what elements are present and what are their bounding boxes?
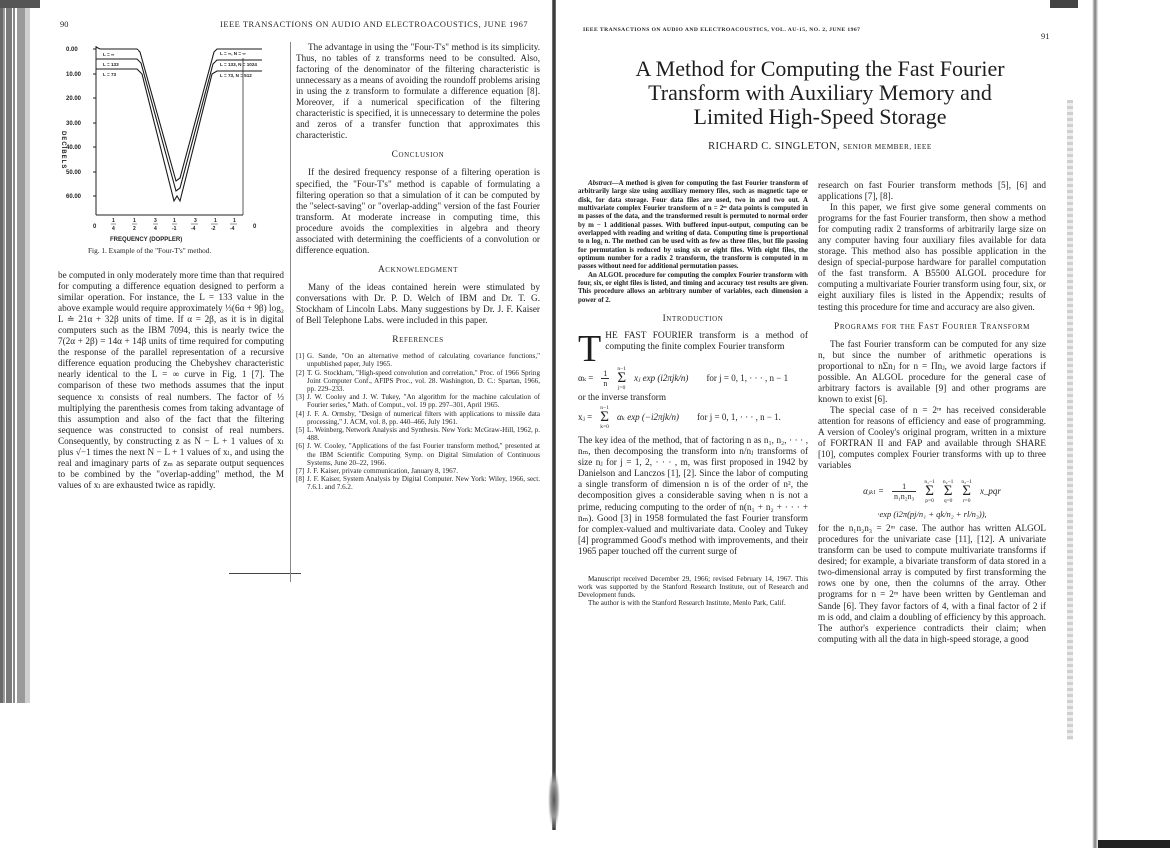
svg-text:0.00: 0.00	[66, 47, 78, 53]
reference-item: [3]J. W. Cooley and J. W. Tukey, "An alg…	[296, 393, 540, 409]
section-heading-introduction: Introduction	[578, 314, 808, 325]
svg-text:4: 4	[154, 226, 157, 232]
left-col1-text: be computed in only moderately more time…	[58, 270, 284, 491]
paragraph: be computed in only moderately more time…	[58, 270, 284, 491]
svg-text:-4: -4	[230, 226, 235, 232]
scan-binding-edge-left	[0, 0, 30, 703]
svg-text:1: 1	[112, 218, 115, 224]
y-axis-ticks: 0.00 10.00 20.00 30.00 40.00 50.00 60.00	[66, 47, 96, 200]
svg-text:50.00: 50.00	[66, 170, 82, 176]
svg-text:2: 2	[133, 226, 136, 232]
scan-artifact	[548, 770, 560, 830]
footnote: Manuscript received December 29, 1966; r…	[578, 575, 808, 608]
svg-text:L = ∞, N = ∞: L = ∞, N = ∞	[220, 51, 246, 56]
reference-item: [7]J. F. Kaiser, private communication, …	[296, 467, 540, 475]
page-number: 90	[60, 20, 68, 29]
abstract-label: Abstract	[588, 180, 612, 187]
right-col2: research on fast Fourier transform metho…	[818, 180, 1046, 645]
reference-item: [8]J. F. Kaiser, System Analysis by Digi…	[296, 475, 540, 491]
intro-lead: THE FAST FOURIER transform is a method o…	[578, 331, 808, 353]
paragraph: The advantage in using the "Four-T's" me…	[296, 42, 540, 141]
svg-text:0: 0	[253, 224, 257, 230]
figure-caption: Fig. 1. Example of the "Four-T's" method…	[88, 246, 211, 255]
author-role: SENIOR MEMBER, IEEE	[843, 142, 932, 151]
y-axis-label: DECIBELS	[60, 131, 66, 169]
svg-text:30.00: 30.00	[66, 121, 82, 127]
reference-item: [4]J. F. A. Ormsby, "Design of numerical…	[296, 410, 540, 426]
abstract: Abstract—A method is given for computing…	[578, 180, 808, 305]
scan-artifact	[0, 0, 40, 8]
svg-text:4: 4	[112, 226, 115, 232]
paragraph: In this paper, we first give some genera…	[818, 202, 1046, 312]
reference-list: [1]G. Sande, "On an alternative method o…	[296, 352, 540, 491]
x-axis-label: FREQUENCY (DOPPLER)	[110, 237, 182, 243]
svg-text:40.00: 40.00	[66, 145, 82, 151]
svg-text:0: 0	[93, 224, 97, 230]
svg-text:-2: -2	[211, 226, 216, 232]
svg-text:3: 3	[154, 218, 157, 224]
paragraph: The key idea of the method, that of fact…	[578, 435, 808, 557]
paper-title: A Method for Computing the Fast Fourier …	[585, 57, 1055, 129]
x-axis-ticks: 0 14 12 34 1-1 3-4 1-2 1-4 0	[93, 218, 257, 232]
equation-multivariate: αⱼₖₗ = 1n₁n₂n₃ n₁−1Σp=0 n₂−1Σq=0 n₃−1Σr=…	[818, 475, 1046, 507]
svg-text:1: 1	[233, 218, 236, 224]
paragraph: or the inverse transform	[578, 392, 808, 403]
equation-multivariate-line2: ·exp (i2π(pj/n₁ + qk/n₂ + rl/n₃)),	[818, 507, 1046, 521]
svg-text:-4: -4	[191, 226, 196, 232]
reference-item: [6]J. W. Cooley, "Applications of the fa…	[296, 442, 540, 467]
author-line: RICHARD C. SINGLETON, SENIOR MEMBER, IEE…	[585, 141, 1055, 152]
running-head: IEEE TRANSACTIONS ON AUDIO AND ELECTROAC…	[583, 27, 860, 33]
right-col1: Abstract—A method is given for computing…	[578, 180, 808, 608]
svg-text:10.00: 10.00	[66, 72, 82, 78]
page-gutter	[552, 0, 556, 830]
reference-item: [1]G. Sande, "On an alternative method o…	[296, 352, 540, 368]
svg-text:L = 133: L = 133	[103, 62, 119, 67]
section-heading-programs: Programs for the Fast Fourier Transform	[818, 322, 1046, 333]
frequency-response-chart: 0.00 10.00 20.00 30.00 40.00 50.00 60.00…	[40, 36, 290, 258]
left-col2-text: The advantage in using the "Four-T's" me…	[296, 42, 540, 492]
svg-text:L = ∞: L = ∞	[103, 52, 114, 57]
svg-text:L = 73, N = 512: L = 73, N = 512	[220, 73, 252, 78]
svg-text:3: 3	[194, 218, 197, 224]
reference-item: [5]L. Weinberg, Network Analysis and Syn…	[296, 426, 540, 442]
author-name: RICHARD C. SINGLETON,	[708, 141, 840, 152]
figure-1: 0.00 10.00 20.00 30.00 40.00 50.00 60.00…	[40, 36, 290, 258]
page-number: 91	[1041, 32, 1049, 41]
svg-text:20.00: 20.00	[66, 96, 82, 102]
running-head: IEEE TRANSACTIONS ON AUDIO AND ELECTROAC…	[220, 20, 528, 29]
section-heading-acknowledgment: Acknowledgment	[296, 265, 540, 276]
drop-cap: T	[578, 334, 601, 364]
svg-text:1: 1	[214, 218, 217, 224]
scan-artifact	[1067, 100, 1073, 740]
response-curves	[96, 47, 262, 201]
paragraph: If the desired frequency response of a f…	[296, 167, 540, 255]
svg-text:-1: -1	[172, 226, 177, 232]
paragraph: research on fast Fourier transform metho…	[818, 180, 1046, 202]
column-divider	[290, 42, 291, 582]
equation-inverse-dft: xⱼ = n−1Σk=0 αₖ exp (−i2πjk/n) for j = 0…	[578, 403, 808, 431]
scan-artifact	[1050, 0, 1078, 8]
section-heading-references: References	[296, 335, 540, 346]
paragraph: for the n₁n₂n₃ = 2ᵐ case. The author has…	[818, 523, 1046, 645]
paragraph: The fast Fourier transform can be comput…	[818, 339, 1046, 405]
scan-page-edge-right	[1092, 0, 1098, 848]
svg-text:L = 73: L = 73	[103, 72, 117, 77]
section-heading-conclusion: Conclusion	[296, 150, 540, 161]
curve-labels-right: L = ∞, N = ∞ L = 133, N = 1024 L = 73, N…	[220, 51, 257, 78]
paragraph: The special case of n = 2ᵐ has received …	[818, 405, 1046, 471]
paragraph: Many of the ideas contained herein were …	[296, 282, 540, 326]
equation-forward-dft: αₖ = 1n n−1Σj=0 xⱼ exp (i2πjk/n) for j =…	[578, 364, 808, 392]
svg-text:60.00: 60.00	[66, 194, 82, 200]
svg-text:L = 133, N = 1024: L = 133, N = 1024	[220, 62, 257, 67]
reference-item: [2]T. G. Stockham, "High-speed convoluti…	[296, 369, 540, 394]
svg-text:1: 1	[133, 218, 136, 224]
curve-labels-left: L = ∞ L = 133 L = 73	[100, 50, 138, 77]
svg-text:1: 1	[173, 218, 176, 224]
scan-artifact	[1098, 840, 1170, 848]
